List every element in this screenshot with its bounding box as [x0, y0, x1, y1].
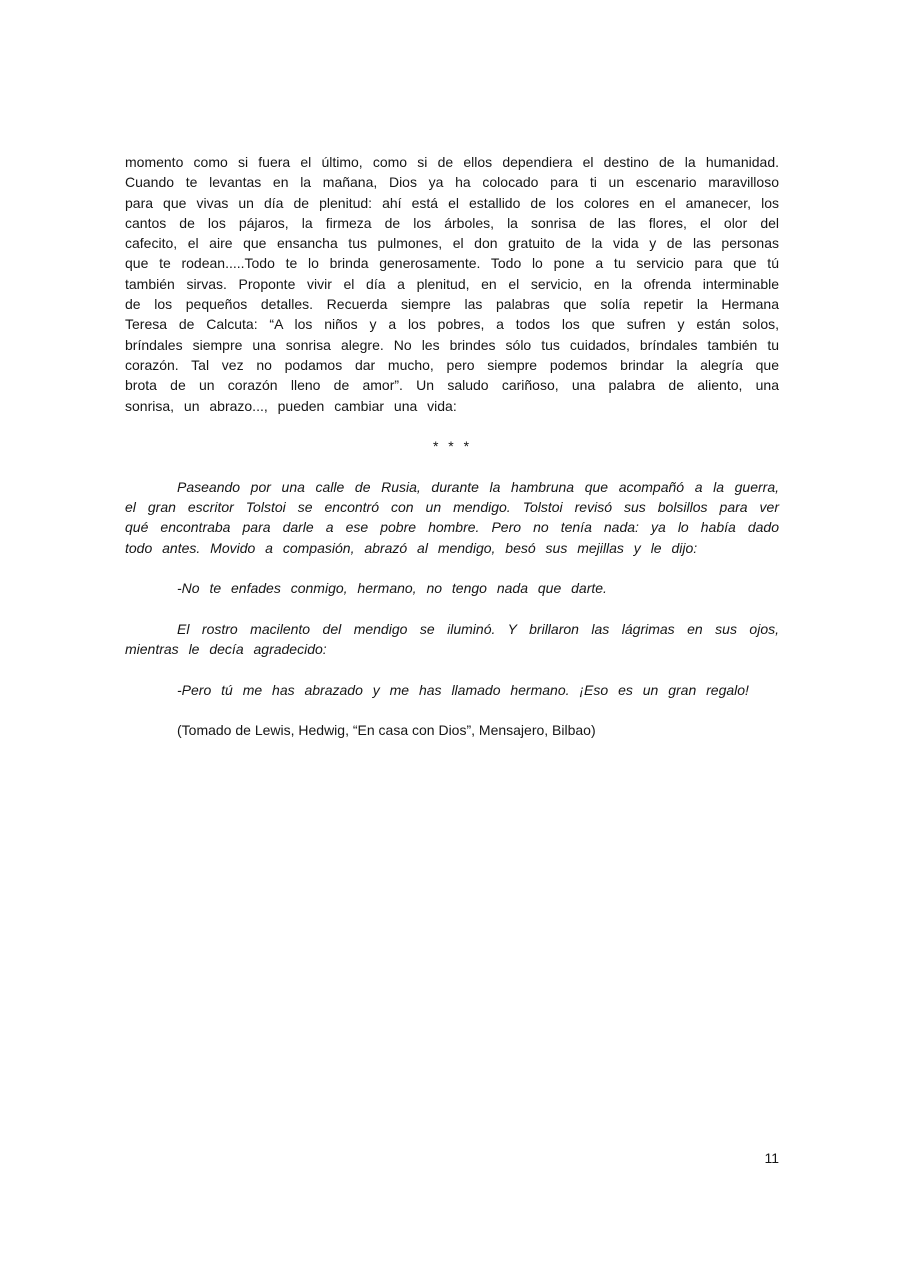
- story-paragraph-3: El rostro macilento del mendigo se ilumi…: [125, 619, 779, 660]
- document-page: momento como si fuera el último, como si…: [0, 0, 905, 1280]
- story-paragraph-4: -Pero tú me has abrazado y me has llamad…: [125, 680, 779, 700]
- citation-line: (Tomado de Lewis, Hedwig, “En casa con D…: [125, 720, 779, 740]
- story-paragraph-2: -No te enfades conmigo, hermano, no teng…: [125, 578, 779, 598]
- page-number: 11: [125, 1148, 779, 1168]
- story-paragraph-1: Paseando por una calle de Rusia, durante…: [125, 477, 779, 558]
- page-body: momento como si fuera el último, como si…: [125, 152, 779, 761]
- section-separator: * * *: [125, 436, 779, 456]
- intro-paragraph: momento como si fuera el último, como si…: [125, 152, 779, 416]
